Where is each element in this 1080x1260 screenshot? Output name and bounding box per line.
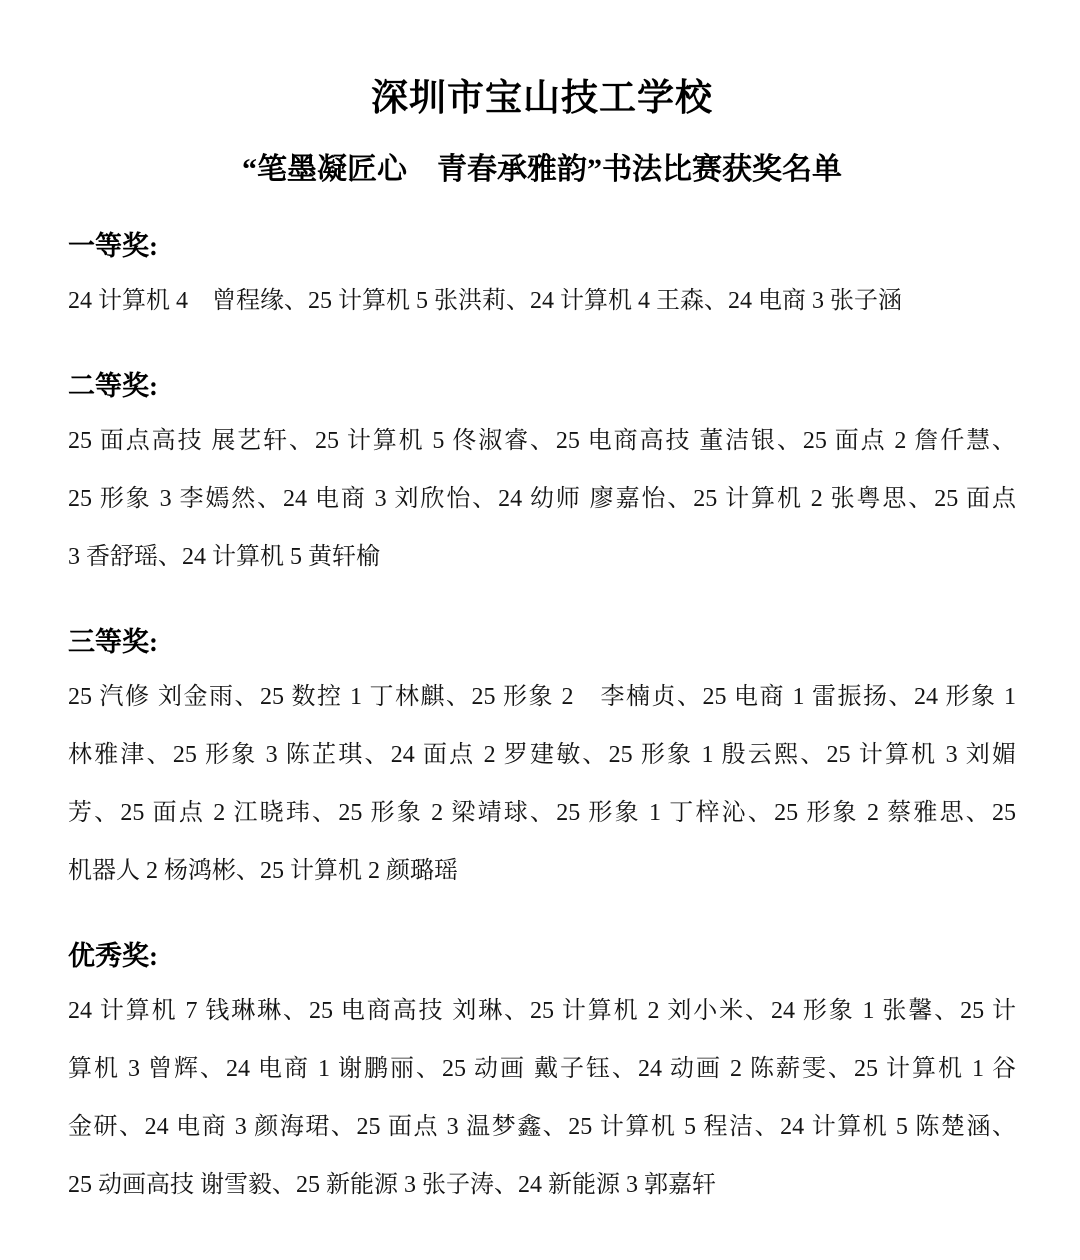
- winners-line: 24 计算机 7 钱琳琳、25 电商高技 刘琳、25 计算机 2 刘小米、24 …: [68, 982, 1016, 1040]
- section-heading-second-prize: 二等奖:: [68, 368, 1016, 404]
- winners-line: 算机 3 曾辉、24 电商 1 谢鹏丽、25 动画 戴子钰、24 动画 2 陈薪…: [68, 1040, 1016, 1098]
- winners-line: 机器人 2 杨鸿彬、25 计算机 2 颜璐瑶: [68, 842, 1016, 900]
- winners-line: 3 香舒瑶、24 计算机 5 黄轩榆: [68, 528, 1016, 586]
- section-first-prize: 一等奖: 24 计算机 4 曾程缘、25 计算机 5 张洪莉、24 计算机 4 …: [68, 228, 1016, 330]
- section-heading-first-prize: 一等奖:: [68, 228, 1016, 264]
- winners-line: 金研、24 电商 3 颜海珺、25 面点 3 温梦鑫、25 计算机 5 程洁、2…: [68, 1098, 1016, 1156]
- section-third-prize: 三等奖: 25 汽修 刘金雨、25 数控 1 丁林麒、25 形象 2 李楠贞、2…: [68, 624, 1016, 900]
- section-second-prize: 二等奖: 25 面点高技 展艺轩、25 计算机 5 佟淑睿、25 电商高技 董洁…: [68, 368, 1016, 586]
- winners-line: 芳、25 面点 2 江晓玮、25 形象 2 梁靖球、25 形象 1 丁梓沁、25…: [68, 784, 1016, 842]
- section-heading-third-prize: 三等奖:: [68, 624, 1016, 660]
- document-page: 深圳市宝山技工学校 “笔墨凝匠心 青春承雅韵”书法比赛获奖名单 一等奖: 24 …: [0, 0, 1080, 1260]
- page-title: 深圳市宝山技工学校: [68, 76, 1016, 122]
- page-subtitle: “笔墨凝匠心 青春承雅韵”书法比赛获奖名单: [68, 150, 1016, 190]
- winners-line: 25 汽修 刘金雨、25 数控 1 丁林麒、25 形象 2 李楠贞、25 电商 …: [68, 668, 1016, 726]
- winners-line: 林雅津、25 形象 3 陈芷琪、24 面点 2 罗建敏、25 形象 1 殷云熙、…: [68, 726, 1016, 784]
- winners-line: 25 面点高技 展艺轩、25 计算机 5 佟淑睿、25 电商高技 董洁银、25 …: [68, 412, 1016, 470]
- winners-line: 25 形象 3 李嫣然、24 电商 3 刘欣怡、24 幼师 廖嘉怡、25 计算机…: [68, 470, 1016, 528]
- section-heading-excellence-award: 优秀奖:: [68, 938, 1016, 974]
- winners-line: 24 计算机 4 曾程缘、25 计算机 5 张洪莉、24 计算机 4 王森、24…: [68, 272, 1016, 330]
- section-excellence-award: 优秀奖: 24 计算机 7 钱琳琳、25 电商高技 刘琳、25 计算机 2 刘小…: [68, 938, 1016, 1214]
- winners-line: 25 动画高技 谢雪毅、25 新能源 3 张子涛、24 新能源 3 郭嘉轩: [68, 1156, 1016, 1214]
